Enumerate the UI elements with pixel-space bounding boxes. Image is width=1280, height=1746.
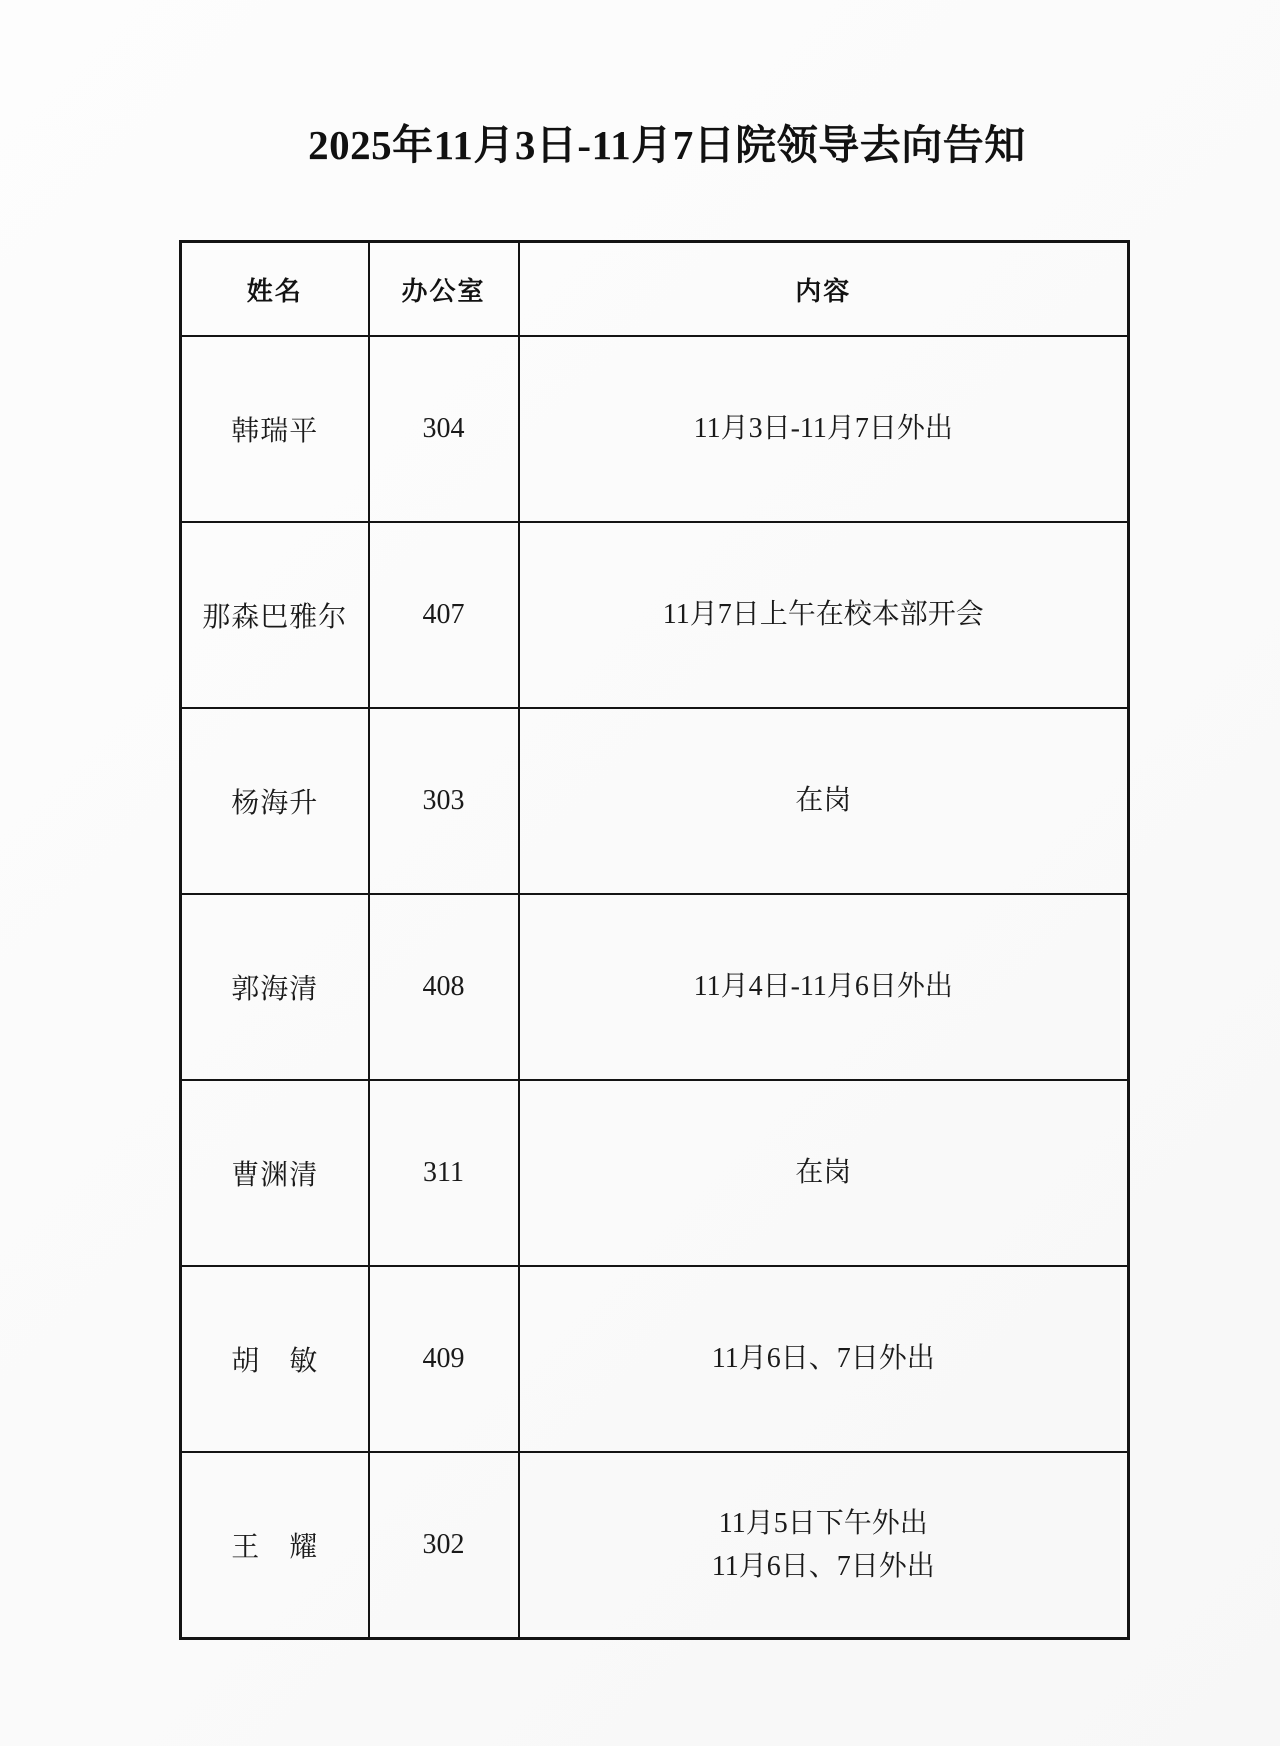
- office-cell: 303: [369, 708, 519, 894]
- column-header-content: 内容: [519, 242, 1129, 337]
- name-cell: 韩瑞平: [181, 336, 369, 522]
- content-cell: 11月3日-11月7日外出: [519, 336, 1129, 522]
- name-cell: 杨海升: [181, 708, 369, 894]
- office-cell: 407: [369, 522, 519, 708]
- office-cell: 304: [369, 336, 519, 522]
- page-title: 2025年11月3日-11月7日院领导去向告知: [308, 112, 1026, 171]
- column-header-office: 办公室: [369, 242, 519, 337]
- table-row: 曹渊清 311 在岗: [181, 1080, 1129, 1266]
- content-cell: 11月6日、7日外出: [519, 1266, 1129, 1452]
- header-row: 姓名 办公室 内容: [181, 242, 1129, 337]
- office-cell: 408: [369, 894, 519, 1080]
- content-cell: 在岗: [519, 1080, 1129, 1266]
- name-cell: 王 耀: [181, 1452, 369, 1639]
- name-cell: 曹渊清: [181, 1080, 369, 1266]
- table-row: 韩瑞平 304 11月3日-11月7日外出: [181, 336, 1129, 522]
- leadership-schedule-table: 姓名 办公室 内容 韩瑞平 304 11月3日-11月7日外出 那森巴雅尔 40…: [179, 240, 1130, 1640]
- name-cell: 那森巴雅尔: [181, 522, 369, 708]
- table-row: 郭海清 408 11月4日-11月6日外出: [181, 894, 1129, 1080]
- column-header-name: 姓名: [181, 242, 369, 337]
- table-row: 那森巴雅尔 407 11月7日上午在校本部开会: [181, 522, 1129, 708]
- office-cell: 302: [369, 1452, 519, 1639]
- content-cell: 11月7日上午在校本部开会: [519, 522, 1129, 708]
- table-row: 杨海升 303 在岗: [181, 708, 1129, 894]
- office-cell: 409: [369, 1266, 519, 1452]
- name-cell: 胡 敏: [181, 1266, 369, 1452]
- name-cell: 郭海清: [181, 894, 369, 1080]
- content-cell: 11月5日下午外出 11月6日、7日外出: [519, 1452, 1129, 1639]
- content-cell: 11月4日-11月6日外出: [519, 894, 1129, 1080]
- table-row: 王 耀 302 11月5日下午外出 11月6日、7日外出: [181, 1452, 1129, 1639]
- table-row: 胡 敏 409 11月6日、7日外出: [181, 1266, 1129, 1452]
- content-cell: 在岗: [519, 708, 1129, 894]
- office-cell: 311: [369, 1080, 519, 1266]
